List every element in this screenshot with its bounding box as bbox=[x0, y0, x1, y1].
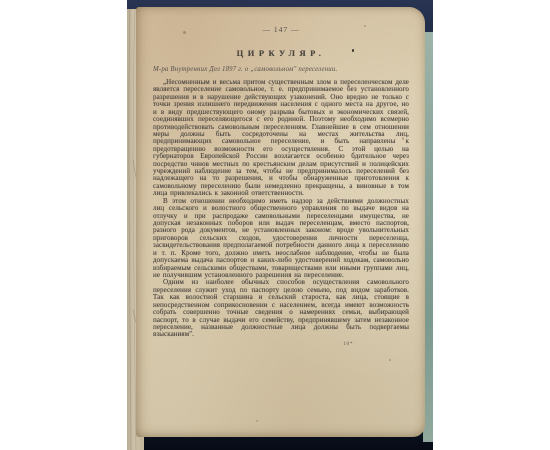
foxing-speck bbox=[406, 304, 409, 306]
circular-subtitle: М-ра Внутренних Дел 1897 г. о „самовольн… bbox=[153, 66, 409, 73]
paragraph: Одним из наиболее обычных способов осуще… bbox=[153, 279, 409, 338]
book-page: — 147 — ЦИРКУЛЯР. М-ра Внутренних Дел 18… bbox=[136, 7, 425, 437]
foxing-speck bbox=[389, 359, 391, 361]
paragraph: В этом отношении необходимо иметь надзор… bbox=[153, 198, 409, 280]
foxing-speck bbox=[256, 420, 258, 422]
foxing-speck bbox=[402, 137, 404, 140]
paragraph: „Несомненным и весьма притом существенны… bbox=[153, 79, 409, 198]
circular-title: ЦИРКУЛЯР. bbox=[237, 48, 326, 58]
printer-signature-mark: 10* bbox=[153, 341, 409, 347]
book-photo: — 147 — ЦИРКУЛЯР. М-ра Внутренних Дел 18… bbox=[127, 0, 433, 450]
foxing-speck bbox=[364, 25, 366, 27]
page-number: — 147 — bbox=[153, 25, 409, 34]
circular-body: „Несомненным и весьма притом существенны… bbox=[153, 79, 409, 339]
ink-speck bbox=[352, 49, 355, 52]
foxing-speck bbox=[183, 31, 186, 34]
title-row: ЦИРКУЛЯР. bbox=[153, 43, 409, 61]
